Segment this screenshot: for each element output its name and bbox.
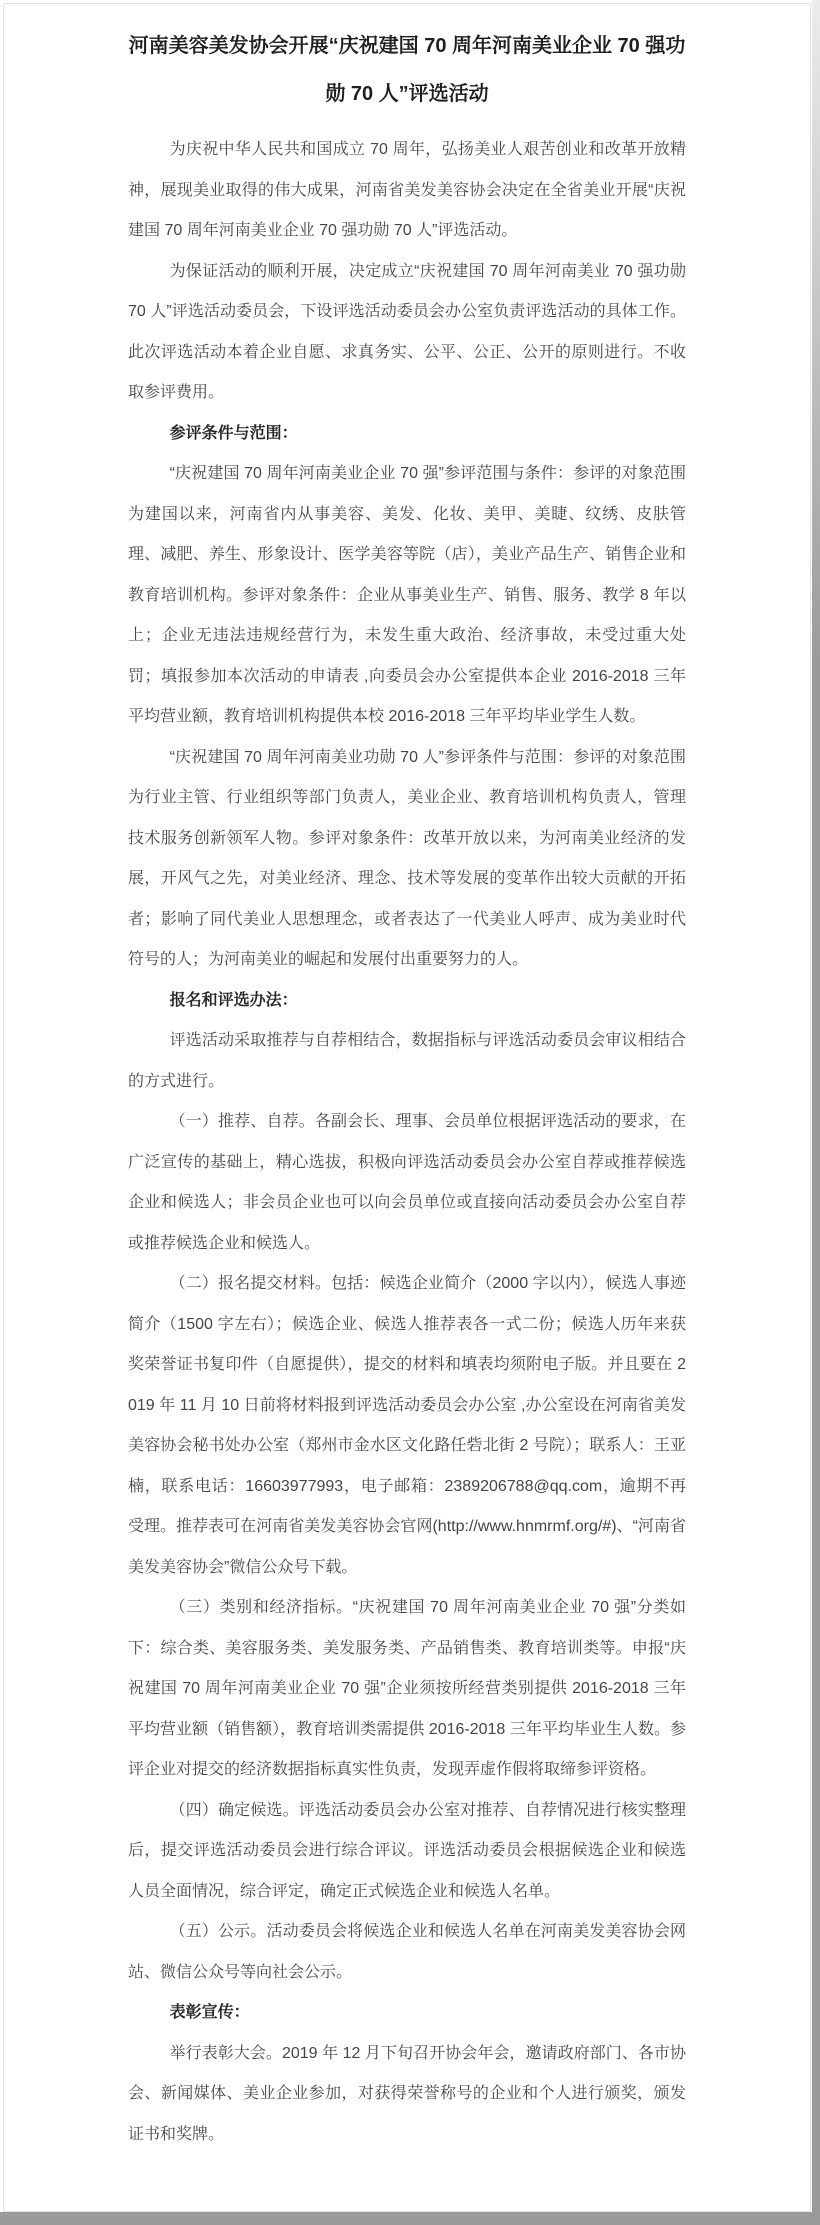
paragraph: 为保证活动的顺利开展，决定成立“庆祝建国 70 周年河南美业 70 强功勋 70… [128,252,686,414]
paragraph: （五）公示。活动委员会将候选企业和候选人名单在河南美发美容协会网站、微信公众号等… [128,1912,686,1993]
document-page: 河南美容美发协会开展“庆祝建国 70 周年河南美业企业 70 强功勋 70 人”… [3,3,811,2212]
paragraph: 评选活动采取推荐与自荐相结合，数据指标与评选活动委员会审议相结合的方式进行。 [128,1021,686,1102]
section-heading: 参评条件与范围： [128,414,686,455]
paragraph: （二）报名提交材料。包括：候选企业简介（2000 字以内），候选人事迹简介（15… [128,1264,686,1588]
document-body: 为庆祝中华人民共和国成立 70 周年，弘扬美业人艰苦创业和改革开放精神，展现美业… [128,130,686,2155]
paragraph: “庆祝建国 70 周年河南美业企业 70 强”参评范围与条件：参评的对象范围为建… [128,454,686,738]
canvas-right-gutter [812,0,820,2225]
paragraph: “庆祝建国 70 周年河南美业功勋 70 人”参评条件与范围：参评的对象范围为行… [128,738,686,981]
paragraph: 举行表彰大会。2019 年 12 月下旬召开协会年会，邀请政府部门、各市协会、新… [128,2034,686,2156]
document-content: 河南美容美发协会开展“庆祝建国 70 周年河南美业企业 70 强功勋 70 人”… [128,4,686,2155]
section-heading: 报名和评选办法： [128,981,686,1022]
paragraph: （一）推荐、自荐。各副会长、理事、会员单位根据评选活动的要求，在广泛宣传的基础上… [128,1102,686,1264]
document-title: 河南美容美发协会开展“庆祝建国 70 周年河南美业企业 70 强功勋 70 人”… [128,22,686,118]
canvas-bottom-gutter [0,2212,820,2225]
paragraph: 为庆祝中华人民共和国成立 70 周年，弘扬美业人艰苦创业和改革开放精神，展现美业… [128,130,686,252]
paragraph: （三）类别和经济指标。“庆祝建国 70 周年河南美业企业 70 强”分类如下：综… [128,1588,686,1791]
section-heading: 表彰宣传： [128,1993,686,2034]
paragraph: （四）确定候选。评选活动委员会办公室对推荐、自荐情况进行核实整理后，提交评选活动… [128,1791,686,1913]
